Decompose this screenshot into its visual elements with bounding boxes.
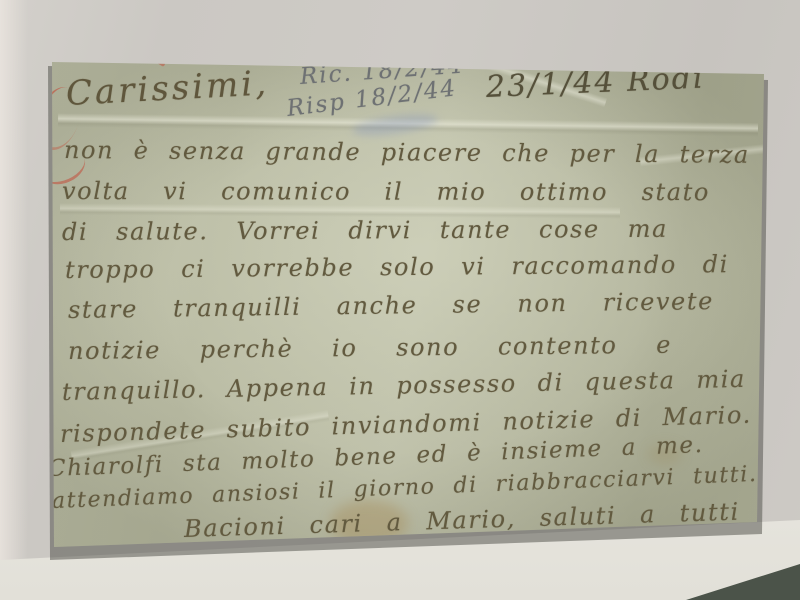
handwritten-line-4: troppocivorrebbesoloviraccomandodi bbox=[65, 250, 729, 284]
handwritten-line-2: voltavicomunicoilmioottimostato bbox=[62, 177, 710, 206]
handwritten-line-3: disalute.Vorreidirvitantecosema bbox=[62, 215, 668, 246]
handwritten-line-1: nonèsenzagrandepiacerecheperlaterza bbox=[64, 136, 750, 169]
postcard-paper: Carissimi, Ric. 18/2/44 Risp 18/2/44 23/… bbox=[0, 0, 800, 600]
